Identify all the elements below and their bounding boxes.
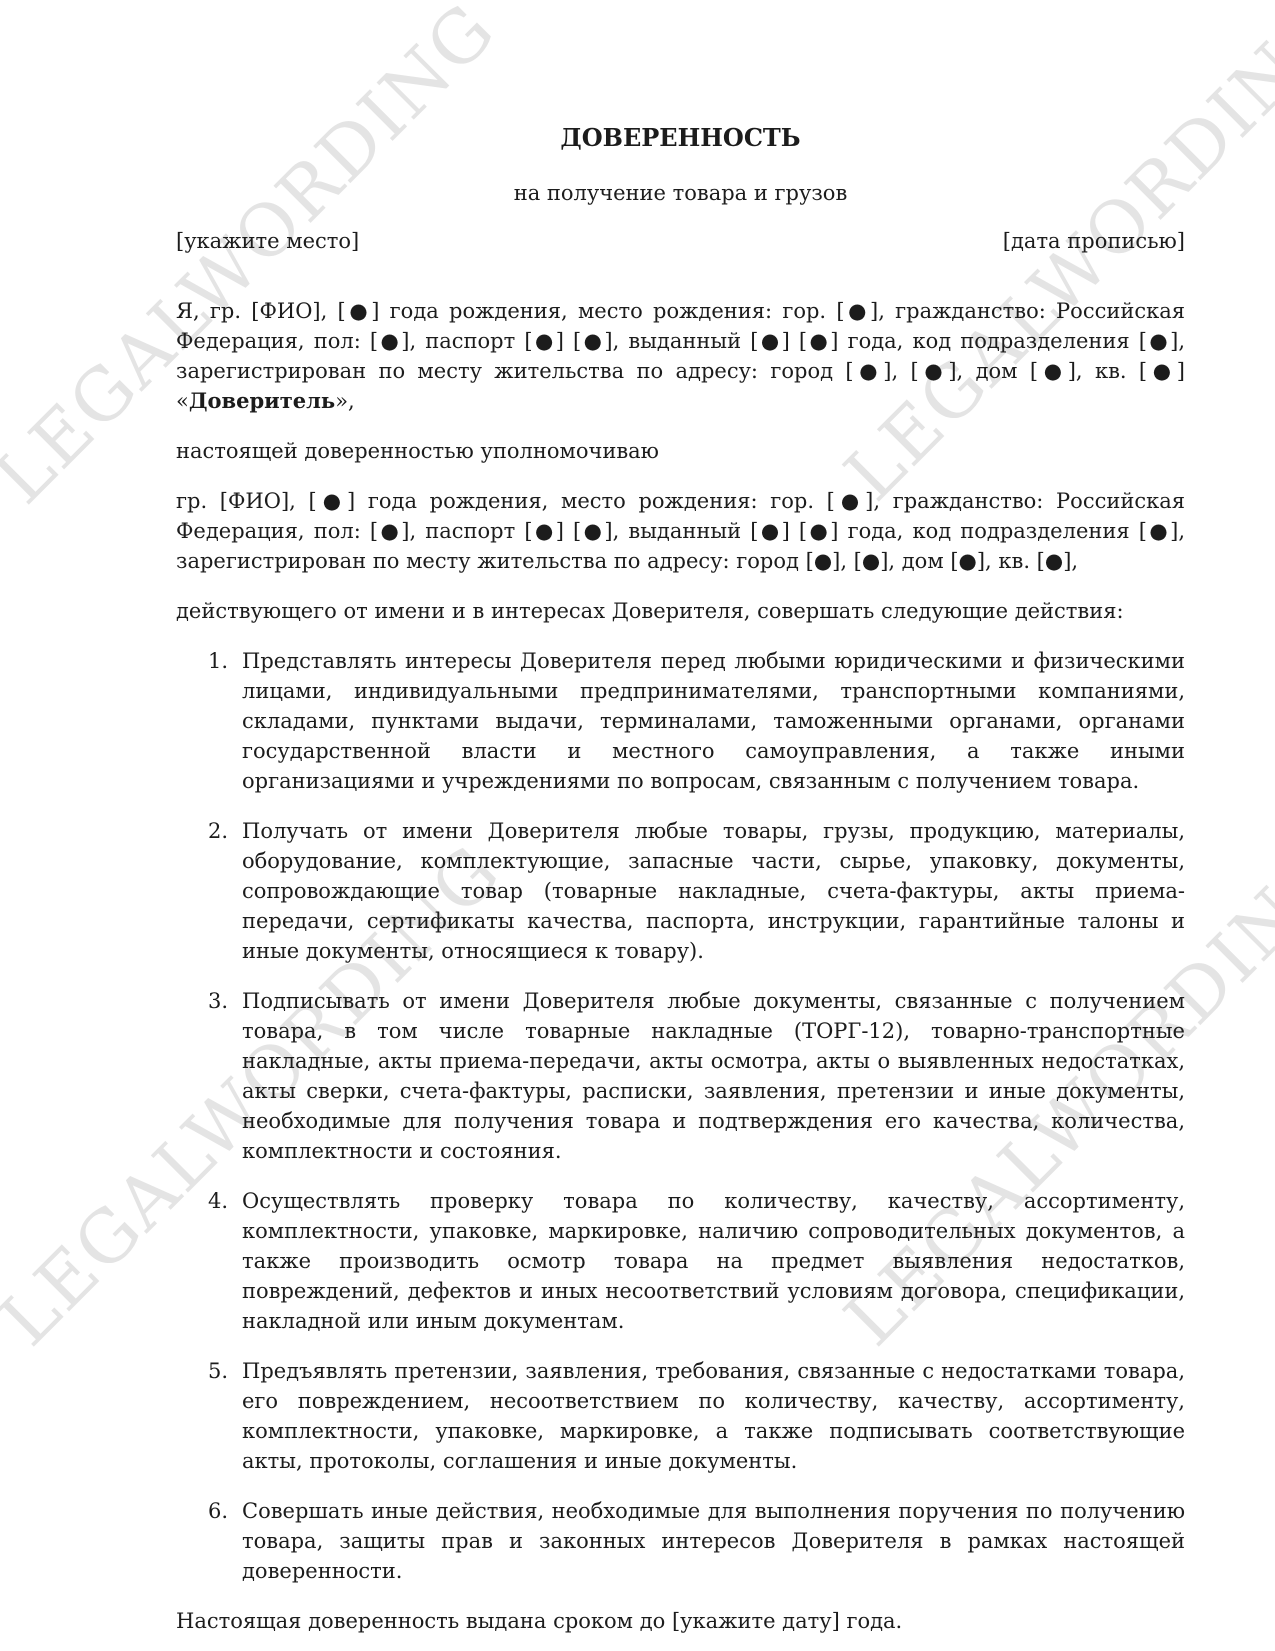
authorization-line: настоящей доверенностью уполномочиваю — [176, 436, 1185, 466]
action-item: 5. Предъявлять претензии, заявления, тре… — [176, 1356, 1185, 1476]
intro-text-tail: », — [335, 389, 355, 413]
place-date-row: [укажите место] [дата прописью] — [176, 226, 1185, 256]
place-placeholder: [укажите место] — [176, 226, 359, 256]
action-text: Подписывать от имени Доверителя любые до… — [242, 986, 1185, 1166]
action-item: 3. Подписывать от имени Доверителя любые… — [176, 986, 1185, 1166]
validity-line: Настоящая доверенность выдана сроком до … — [176, 1606, 1185, 1636]
doc-subtitle: на получение товара и грузов — [176, 178, 1185, 208]
action-number: 2. — [176, 816, 242, 966]
action-item: 1. Представлять интересы Доверителя пере… — [176, 646, 1185, 796]
doc-title: ДОВЕРЕННОСТЬ — [176, 122, 1185, 154]
action-number: 3. — [176, 986, 242, 1166]
action-item: 4. Осуществлять проверку товара по колич… — [176, 1186, 1185, 1336]
intro-paragraph: Я, гр. [ФИО], [●] года рождения, место р… — [176, 296, 1185, 416]
action-number: 4. — [176, 1186, 242, 1336]
actions-intro: действующего от имени и в интересах Дове… — [176, 596, 1185, 626]
action-number: 1. — [176, 646, 242, 796]
principal-name: Доверитель — [189, 388, 335, 413]
action-item: 6. Совершать иные действия, необходимые … — [176, 1496, 1185, 1586]
action-number: 5. — [176, 1356, 242, 1476]
action-text: Осуществлять проверку товара по количест… — [242, 1186, 1185, 1336]
attorney-paragraph: гр. [ФИО], [●] года рождения, место рожд… — [176, 486, 1185, 576]
date-placeholder: [дата прописью] — [1003, 226, 1185, 256]
action-text: Получать от имени Доверителя любые товар… — [242, 816, 1185, 966]
document-content: ДОВЕРЕННОСТЬ на получение товара и грузо… — [0, 0, 1275, 1636]
action-text: Совершать иные действия, необходимые для… — [242, 1496, 1185, 1586]
action-text: Предъявлять претензии, заявления, требов… — [242, 1356, 1185, 1476]
document-page: LEGALWORDING LEGALWORDING LEGALWORDING L… — [0, 0, 1275, 1651]
action-item: 2. Получать от имени Доверителя любые то… — [176, 816, 1185, 966]
action-number: 6. — [176, 1496, 242, 1586]
action-text: Представлять интересы Доверителя перед л… — [242, 646, 1185, 796]
actions-list: 1. Представлять интересы Доверителя пере… — [176, 646, 1185, 1586]
